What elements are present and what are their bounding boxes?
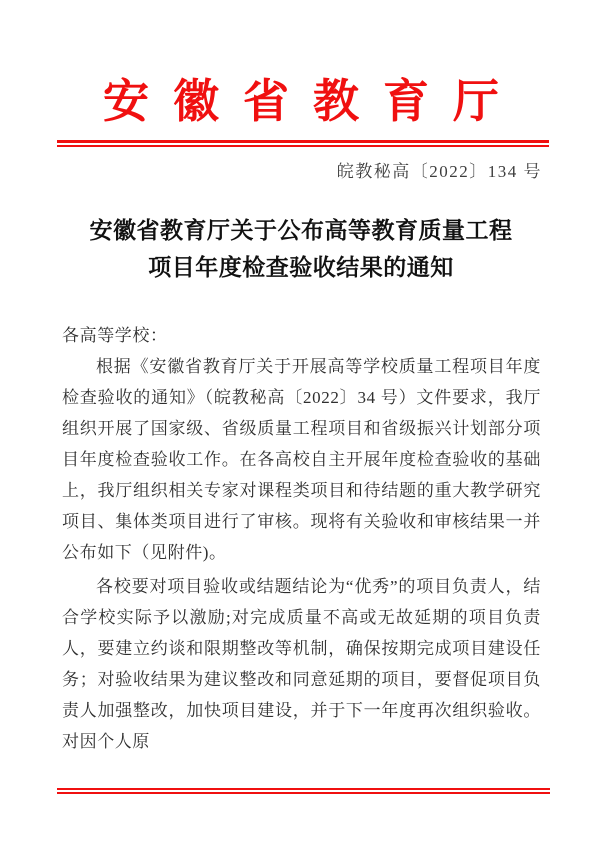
document-body: 各高等学校： 根据《安徽省教育厅关于开展高等学校质量工程项目年度检查验收的通知》… bbox=[62, 320, 541, 757]
body-paragraph-2: 各校要对项目验收或结题结论为“优秀”的项目负责人，结合学校实际予以激励;对完成质… bbox=[62, 571, 541, 757]
letterhead-red-divider bbox=[57, 140, 549, 147]
footer-red-divider bbox=[57, 788, 550, 794]
salutation: 各高等学校： bbox=[62, 320, 541, 351]
body-paragraph-1: 根据《安徽省教育厅关于开展高等学校质量工程项目年度检查验收的通知》（皖教秘高〔2… bbox=[62, 351, 541, 568]
document-title: 安徽省教育厅关于公布高等教育质量工程 项目年度检查验收结果的通知 bbox=[0, 212, 602, 286]
document-reference-number: 皖教秘高〔2022〕134 号 bbox=[337, 161, 542, 183]
document-title-line1: 安徽省教育厅关于公布高等教育质量工程 bbox=[0, 212, 602, 249]
official-document-page: 安徽省教育厅 皖教秘高〔2022〕134 号 安徽省教育厅关于公布高等教育质量工… bbox=[0, 0, 602, 855]
letterhead-agency-name: 安徽省教育厅 bbox=[103, 74, 523, 130]
letterhead: 安徽省教育厅 bbox=[0, 74, 602, 130]
document-title-line2: 项目年度检查验收结果的通知 bbox=[0, 249, 602, 286]
